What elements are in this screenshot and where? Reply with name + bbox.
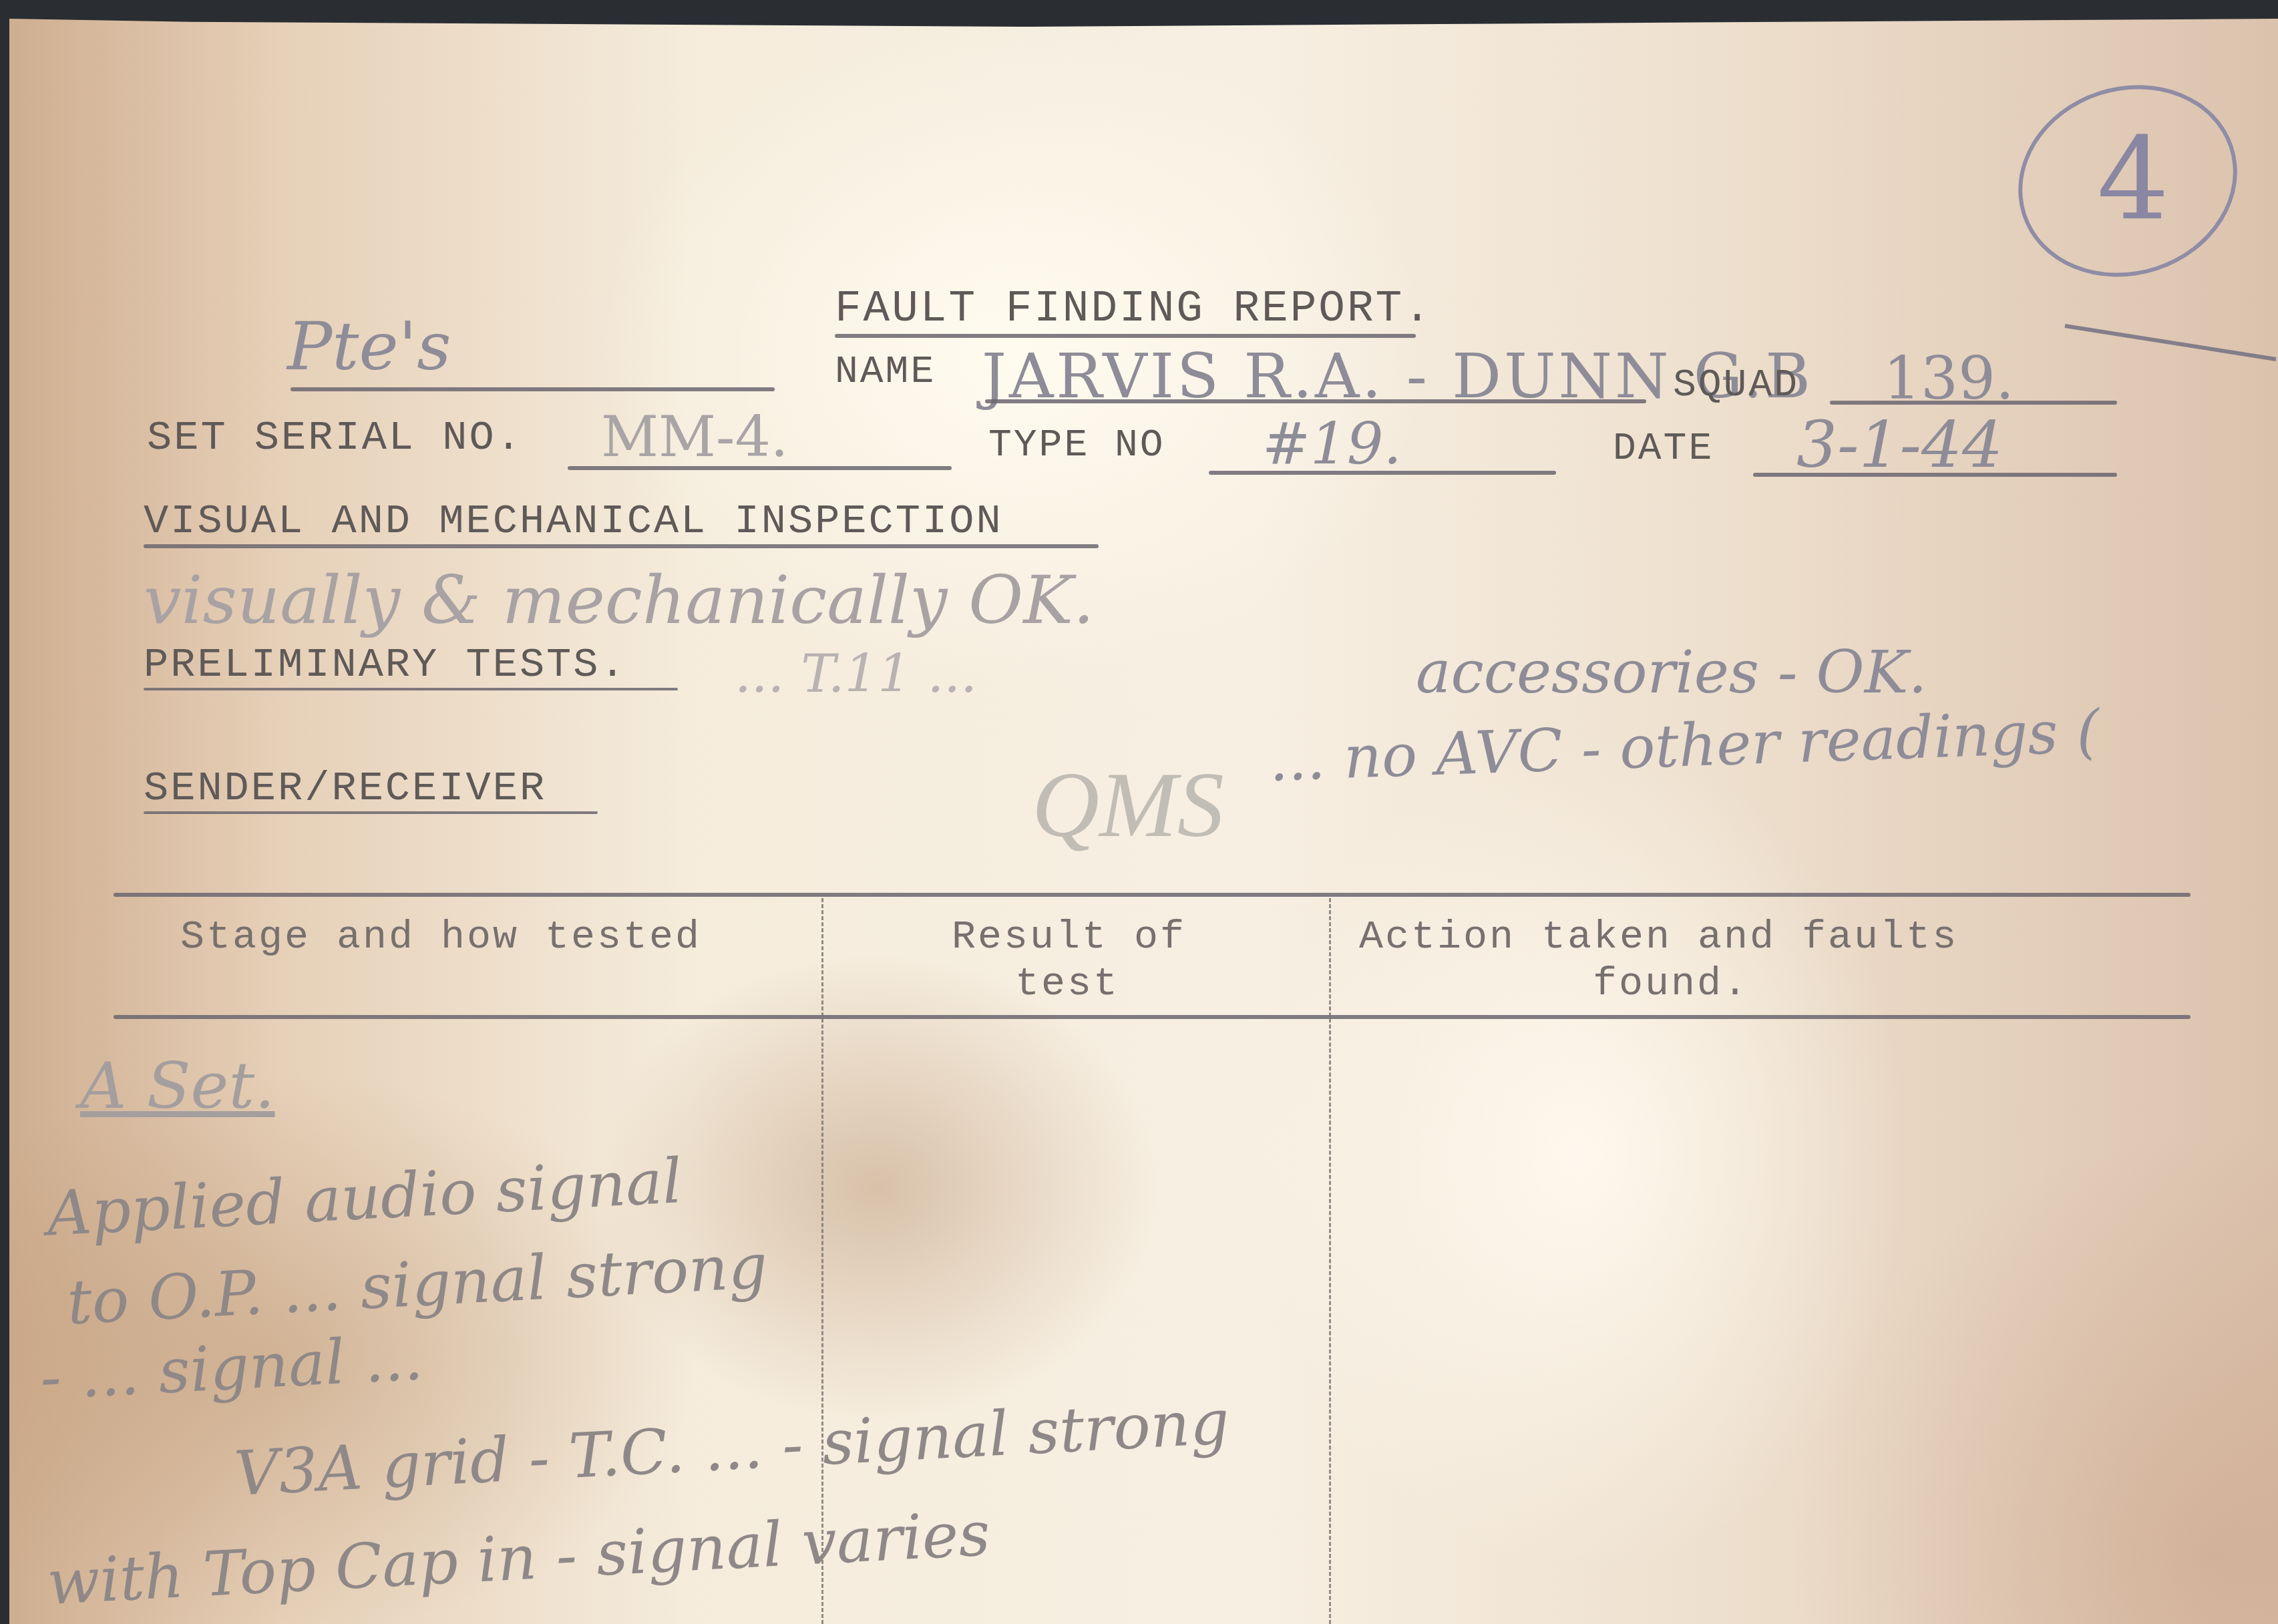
column-header-stage: Stage and how tested bbox=[180, 915, 701, 960]
preliminary-note-prefix: ... T.11 ... bbox=[735, 644, 977, 704]
column-header-action-line1: Action taken and faults bbox=[1359, 915, 1958, 960]
qms-watermark: QMS bbox=[1032, 751, 1224, 859]
type-underline bbox=[1209, 471, 1556, 475]
page-number: 4 bbox=[2097, 114, 2169, 246]
table-top-rule bbox=[114, 893, 2191, 897]
preliminary-note-1: accessories - OK. bbox=[1416, 638, 1927, 706]
date-value: 3-1-44 bbox=[1796, 407, 2003, 482]
stage-note-a-set: A Set. bbox=[80, 1048, 275, 1123]
date-underline bbox=[1753, 473, 2117, 477]
column-header-result-line1: Result of bbox=[952, 915, 1186, 960]
table-header-bottom-rule bbox=[114, 1015, 2191, 1019]
name-underline bbox=[985, 399, 1646, 403]
type-label: TYPE NO bbox=[988, 424, 1165, 467]
serial-value: MM-4. bbox=[601, 404, 789, 469]
sender-receiver-underline bbox=[144, 811, 598, 814]
sender-receiver-heading: SENDER/RECEIVER bbox=[144, 765, 546, 812]
preliminary-heading-underline bbox=[144, 688, 678, 690]
rank-underline bbox=[291, 387, 775, 391]
visual-heading-underline bbox=[144, 544, 1099, 548]
title-underline bbox=[835, 334, 1416, 338]
column-header-result-line2: test bbox=[1015, 962, 1119, 1007]
squad-label: SQUAD bbox=[1673, 364, 1799, 407]
name-label: NAME bbox=[835, 351, 936, 394]
report-title: FAULT FINDING REPORT. bbox=[835, 284, 1433, 334]
rank-prefix: Pte's bbox=[287, 307, 451, 385]
serial-underline bbox=[568, 466, 952, 470]
preliminary-tests-heading: PRELIMINARY TESTS. bbox=[144, 641, 627, 688]
type-value: #19. bbox=[1262, 411, 1402, 477]
column-header-action-line2: found. bbox=[1593, 962, 1749, 1007]
date-label: DATE bbox=[1613, 427, 1714, 471]
squad-underline bbox=[1830, 401, 2117, 405]
visual-inspection-note: visually & mechanically OK. bbox=[144, 561, 1095, 639]
visual-inspection-heading: VISUAL AND MECHANICAL INSPECTION bbox=[144, 497, 1003, 545]
column-divider-2 bbox=[1329, 898, 1331, 1624]
serial-label: SET SERIAL NO. bbox=[147, 414, 523, 461]
